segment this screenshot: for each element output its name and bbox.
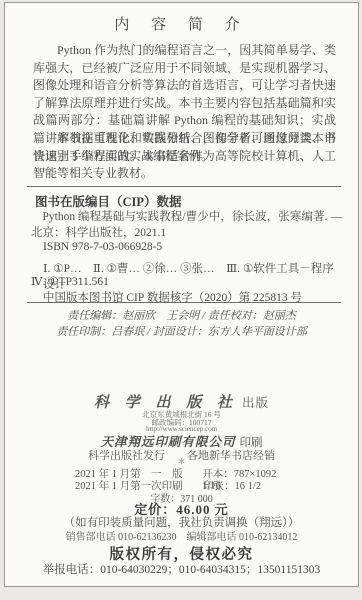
divider-rule-top <box>27 186 341 187</box>
report-phones: 举报电话：010-64030229；010-64034315；135011513… <box>5 561 358 577</box>
cip-classification-line2: Ⅳ. ①TP311.561 <box>31 274 109 288</box>
contact-phones: 销售部电话 010-62136230 编辑部电话 010-62134012 <box>5 528 358 543</box>
cip-entry: Python 编程基础与实践教程/曹少中，徐长波，张寒编著. —北京：科学出版社… <box>31 209 342 241</box>
intro-title: 内 容 简 介 <box>5 13 358 34</box>
staff-editors-line: 责任编辑：赵丽欣 王会明 / 责任校对：赵丽杰 <box>5 309 358 325</box>
cip-heading: 图书在版编目（CIP）数据 <box>35 192 182 210</box>
staff-credits: 责任编辑：赵丽欣 王会明 / 责任校对：赵丽杰 责任印制：吕春珉 / 封面设计：… <box>5 309 358 340</box>
intro-paragraph-2: 本书注重理论和实践相结合，初学者可通过阅读本书快速上手编程实战。本书适合作为高等… <box>33 130 336 183</box>
staff-printing-design-line: 责任印制：吕春珉 / 封面设计：东方人华平面设计部 <box>5 325 358 341</box>
copyright-page: 内 容 简 介 Python 作为热门的编程语言之一，因其简单易学、类库强大，已… <box>4 2 359 587</box>
publisher-publish-label: 出版 <box>242 396 269 410</box>
divider-rule-middle <box>27 302 341 303</box>
cip-isbn: ISBN 978-7-03-066928-5 <box>43 241 162 253</box>
